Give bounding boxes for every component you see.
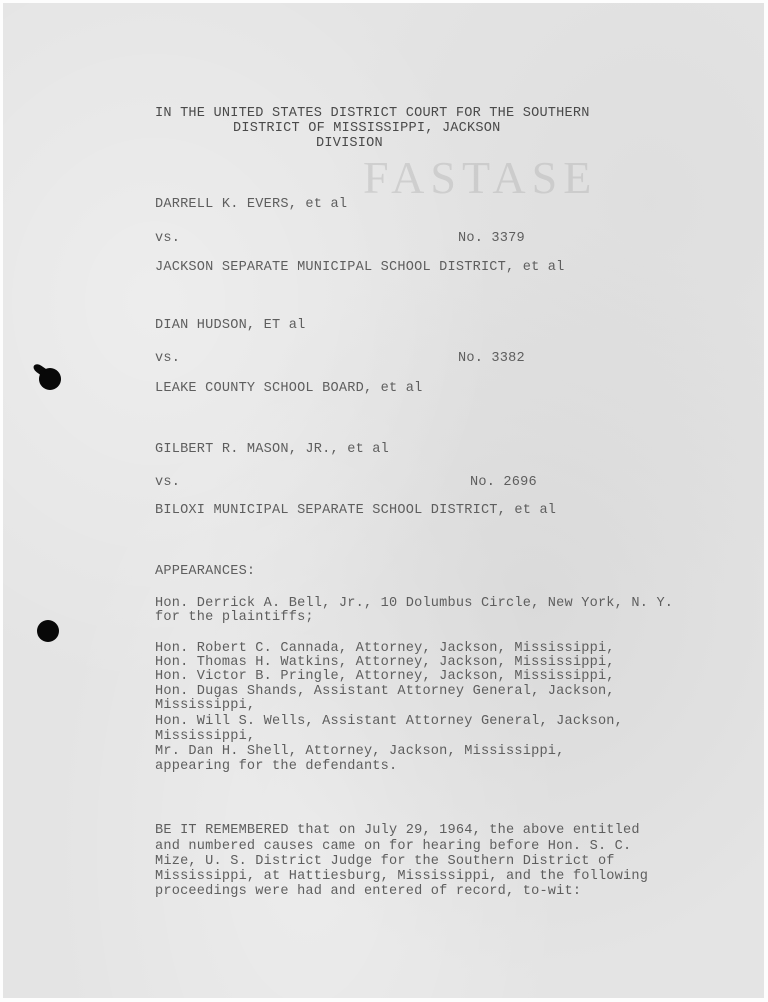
plaintiff-counsel-line-2: for the plaintiffs; [155,610,314,625]
case-1-vs: vs. [155,231,180,246]
caption-line-1: IN THE UNITED STATES DISTRICT COURT FOR … [155,106,590,121]
case-2-vs: vs. [155,351,180,366]
remembered-line-3: Mize, U. S. District Judge for the South… [155,854,615,869]
case-3-vs: vs. [155,475,180,490]
case-2-plaintiff: DIAN HUDSON, ET al [155,318,305,333]
document-page: FASTASE IN THE UNITED STATES DISTRICT CO… [3,3,764,998]
defense-counsel-line-7: Mississippi, [155,729,255,744]
remembered-line-1: BE IT REMEMBERED that on July 29, 1964, … [155,823,640,838]
case-3-number: No. 2696 [470,475,537,490]
punch-hole-icon [37,620,59,642]
remembered-line-4: Mississippi, at Hattiesburg, Mississippi… [155,869,648,884]
case-1-plaintiff: DARRELL K. EVERS, et al [155,197,347,212]
defense-counsel-line-8: Mr. Dan H. Shell, Attorney, Jackson, Mis… [155,744,565,759]
defense-counsel-line-4: Hon. Dugas Shands, Assistant Attorney Ge… [155,684,615,699]
caption-line-2: DISTRICT OF MISSISSIPPI, JACKSON [233,121,500,136]
defense-counsel-line-2: Hon. Thomas H. Watkins, Attorney, Jackso… [155,655,615,670]
caption-line-3: DIVISION [316,136,383,151]
case-1-number: No. 3379 [458,231,525,246]
appearances-heading: APPEARANCES: [155,564,255,579]
case-3-defendant: BILOXI MUNICIPAL SEPARATE SCHOOL DISTRIC… [155,503,556,518]
punch-hole-icon [39,368,61,390]
plaintiff-counsel-line-1: Hon. Derrick A. Bell, Jr., 10 Dolumbus C… [155,596,673,611]
defense-counsel-line-6: Hon. Will S. Wells, Assistant Attorney G… [155,714,623,729]
case-1-defendant: JACKSON SEPARATE MUNICIPAL SCHOOL DISTRI… [155,260,565,275]
case-2-defendant: LEAKE COUNTY SCHOOL BOARD, et al [155,381,422,396]
remembered-line-2: and numbered causes came on for hearing … [155,839,631,854]
defense-counsel-line-5: Mississippi, [155,698,255,713]
defense-counsel-line-1: Hon. Robert C. Cannada, Attorney, Jackso… [155,641,615,656]
defense-counsel-line-3: Hon. Victor B. Pringle, Attorney, Jackso… [155,669,615,684]
remembered-line-5: proceedings were had and entered of reco… [155,884,581,899]
case-3-plaintiff: GILBERT R. MASON, JR., et al [155,442,389,457]
case-2-number: No. 3382 [458,351,525,366]
defense-counsel-line-9: appearing for the defendants. [155,759,397,774]
